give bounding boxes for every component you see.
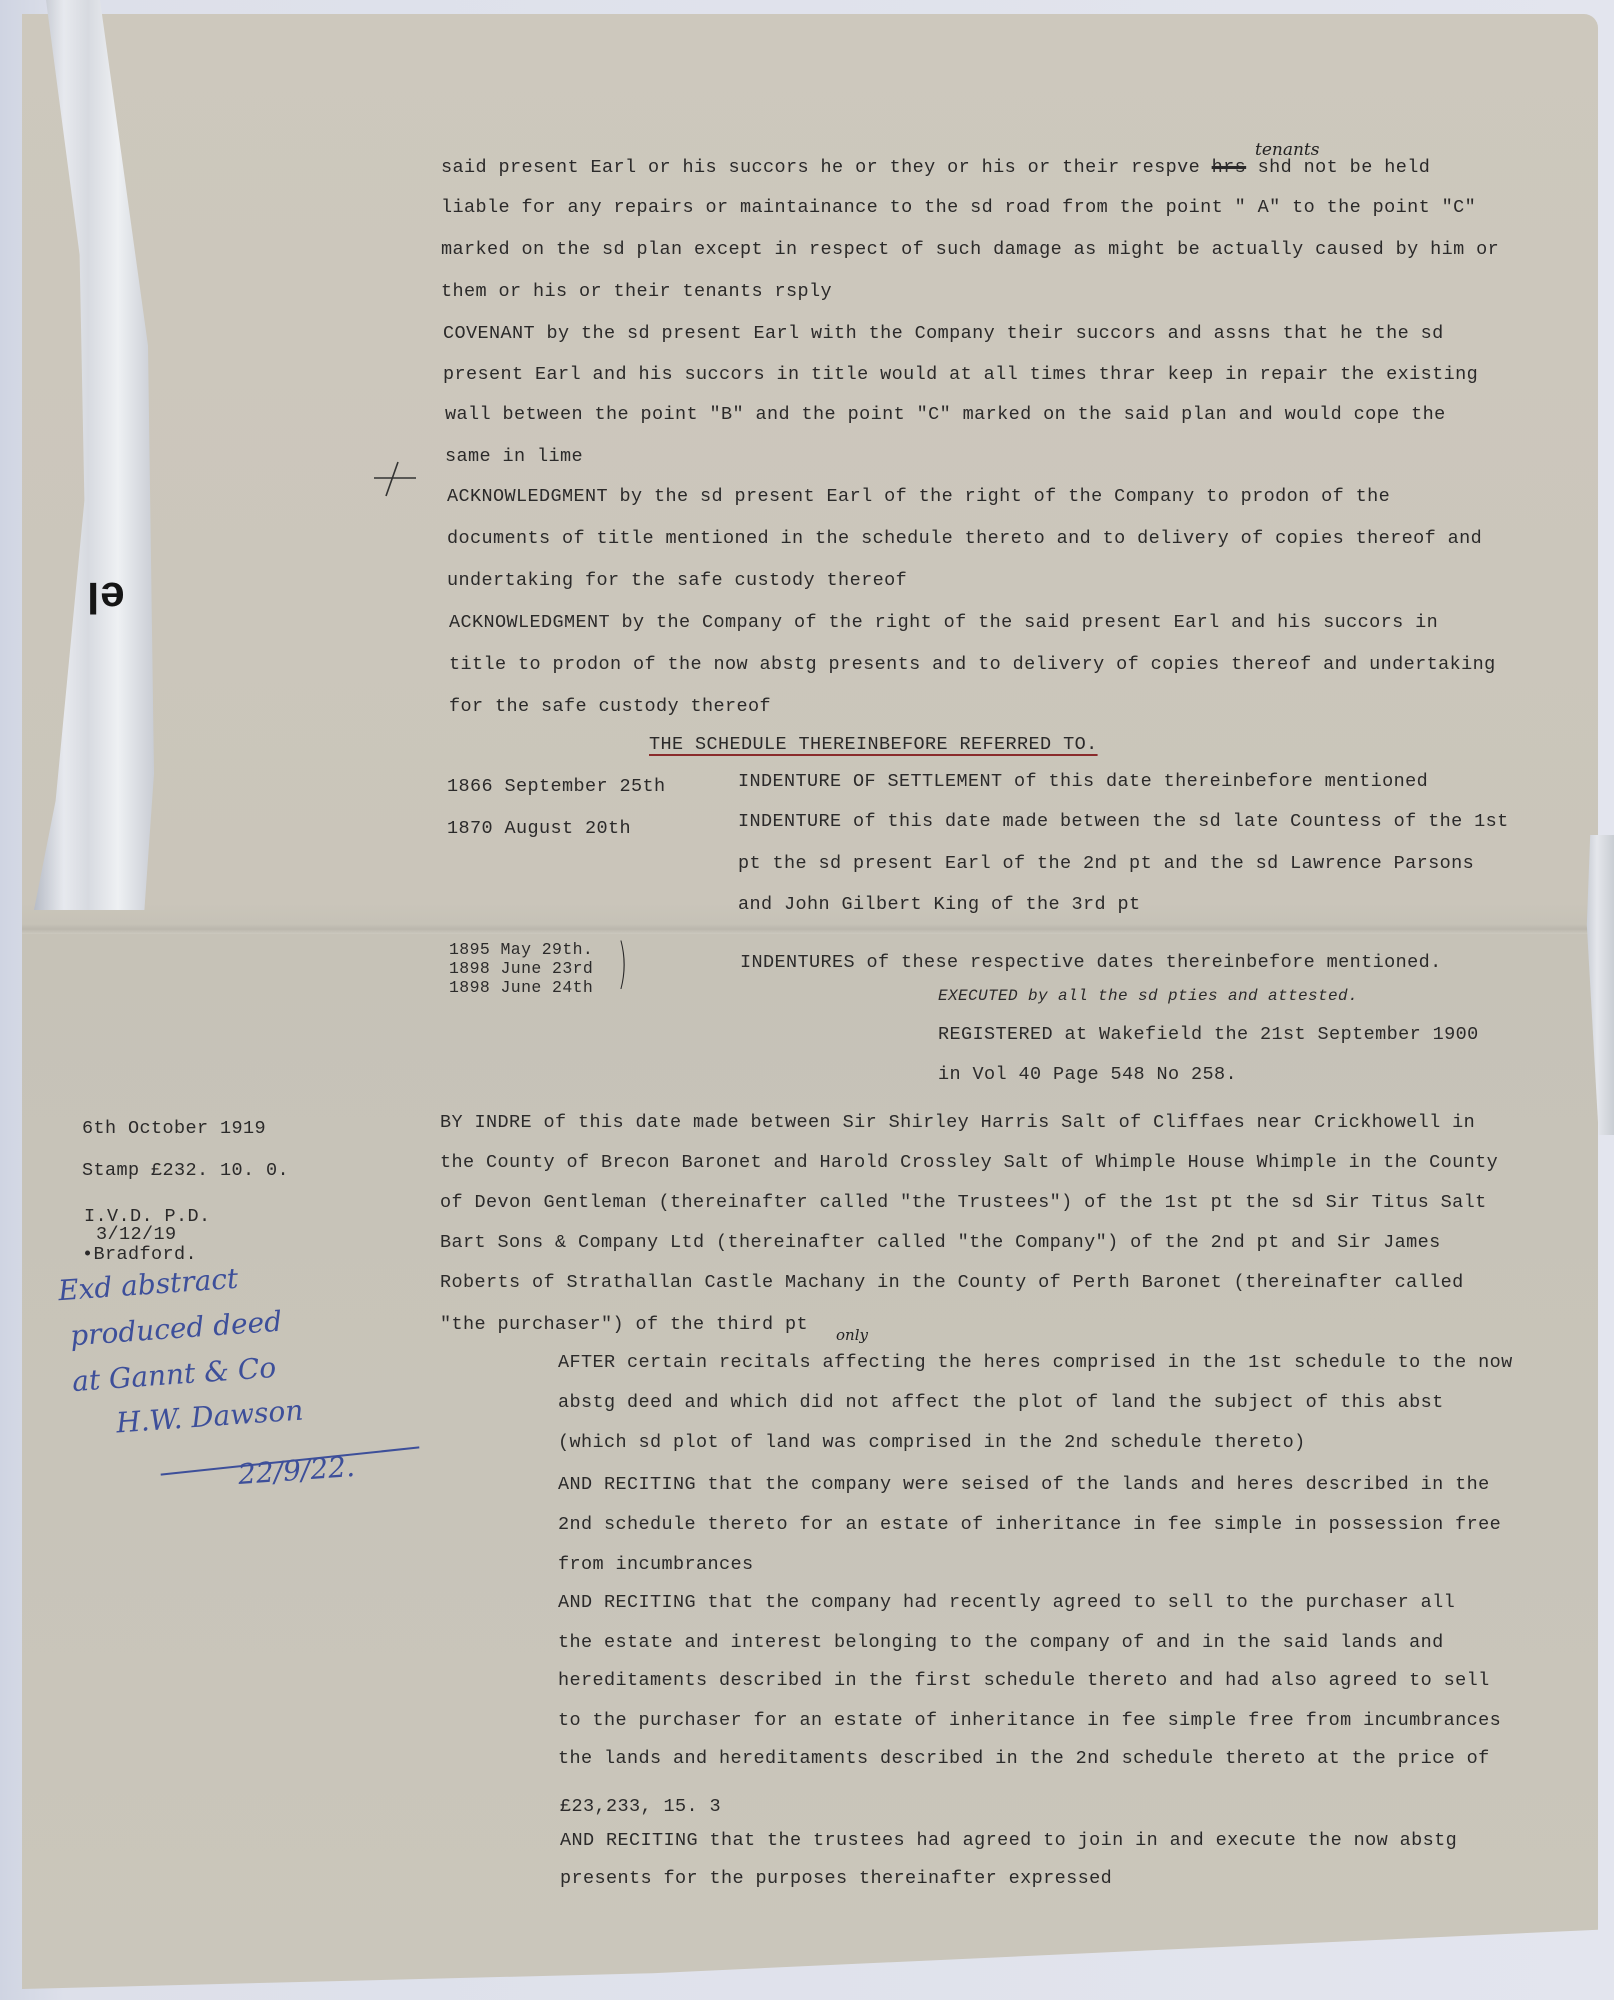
margin-ivd-date: 3/12/19 (96, 1224, 177, 1245)
recital-line: 2nd schedule thereto for an estate of in… (558, 1514, 1501, 1535)
recital-line: the estate and interest belonging to the… (558, 1632, 1444, 1653)
recital-line: abstg deed and which did not affect the … (558, 1392, 1444, 1413)
recital-line: to the purchaser for an estate of inheri… (558, 1710, 1501, 1731)
registration-note: REGISTERED at Wakefield the 21st Septemb… (938, 1024, 1479, 1045)
body-line: ACKNOWLEDGMENT by the sd present Earl of… (447, 486, 1390, 507)
recital-line: hereditaments described in the first sch… (558, 1670, 1490, 1691)
schedule-date: 1870 August 20th (447, 818, 631, 839)
deed-line: the County of Brecon Baronet and Harold … (440, 1152, 1498, 1173)
margin-place: •Bradford. (82, 1244, 197, 1265)
schedule-group-date: 1898 June 23rd (449, 959, 593, 978)
schedule-heading: THE SCHEDULE THEREINBEFORE REFERRED TO. (649, 734, 1098, 755)
margin-date: 6th October 1919 (82, 1118, 266, 1139)
body-line: them or his or their tenants rsply (441, 281, 832, 302)
schedule-text: INDENTURE of this date made between the … (738, 811, 1509, 832)
body-line: liable for any repairs or maintainance t… (441, 197, 1476, 218)
body-line: said present Earl or his succors he or t… (441, 157, 1430, 178)
body-line: title to prodon of the now abstg present… (449, 654, 1496, 675)
body-line: present Earl and his succors in title wo… (443, 364, 1478, 385)
price-line: £23,233, 15. 3 (560, 1796, 721, 1817)
body-line: for the safe custody thereof (449, 696, 771, 717)
body-line: COVENANT by the sd present Earl with the… (443, 323, 1444, 344)
deed-line: Roberts of Strathallan Castle Machany in… (440, 1272, 1464, 1293)
body-line: wall between the point "B" and the point… (445, 404, 1446, 425)
margin-stamp: Stamp £232. 10. 0. (82, 1160, 289, 1181)
body-line: same in lime (445, 446, 583, 467)
schedule-group-date: 1898 June 24th (449, 978, 593, 997)
recital-line: AFTER certain recitals affecting the her… (558, 1352, 1513, 1373)
body-line: documents of title mentioned in the sche… (447, 528, 1482, 549)
schedule-text: and John Gilbert King of the 3rd pt (738, 894, 1141, 915)
recital-line: AND RECITING that the company were seise… (558, 1474, 1490, 1495)
handwritten-insert-only: only (836, 1326, 868, 1344)
recital-line: the lands and hereditaments described in… (558, 1748, 1490, 1769)
recital-line: (which sd plot of land was comprised in … (558, 1432, 1306, 1453)
ribbon-label: el (86, 572, 125, 622)
recital-line: presents for the purposes thereinafter e… (560, 1868, 1112, 1889)
registration-reference: in Vol 40 Page 548 No 258. (938, 1064, 1237, 1085)
schedule-date: 1866 September 25th (447, 776, 666, 797)
document-page (22, 14, 1598, 1989)
recital-line: from incumbrances (558, 1554, 754, 1575)
deed-line: "the purchaser") of the third pt (440, 1314, 808, 1335)
brace-mark: ) (618, 932, 627, 995)
body-line: ACKNOWLEDGMENT by the Company of the rig… (449, 612, 1438, 633)
body-line: undertaking for the safe custody thereof (447, 570, 907, 591)
schedule-text: pt the sd present Earl of the 2nd pt and… (738, 853, 1474, 874)
deed-line: of Devon Gentleman (thereinafter called … (440, 1192, 1487, 1213)
execution-note: EXECUTED by all the sd pties and atteste… (938, 987, 1358, 1005)
struck-word: hrs (1212, 157, 1247, 178)
margin-cross-mark (372, 460, 418, 498)
schedule-text: INDENTURE OF SETTLEMENT of this date the… (738, 771, 1428, 792)
deed-line: Bart Sons & Company Ltd (thereinafter ca… (440, 1232, 1441, 1253)
schedule-group-date: 1895 May 29th. (449, 940, 593, 959)
deed-line: BY INDRE of this date made between Sir S… (440, 1112, 1475, 1133)
recital-line: AND RECITING that the company had recent… (558, 1592, 1455, 1613)
schedule-text: INDENTURES of these respective dates the… (740, 952, 1442, 973)
body-line: marked on the sd plan except in respect … (441, 239, 1499, 260)
recital-line: AND RECITING that the trustees had agree… (560, 1830, 1457, 1851)
